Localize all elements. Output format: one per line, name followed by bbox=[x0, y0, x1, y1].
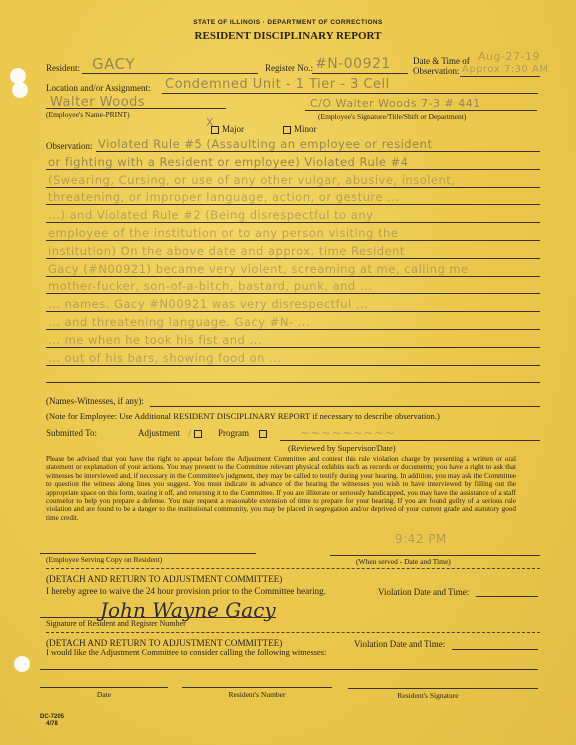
waiver-violation-label: Violation Date and Time: bbox=[378, 587, 469, 597]
employee-serving-caption: (Employee Serving Copy on Resident) bbox=[46, 555, 162, 564]
check-mark-icon: / bbox=[188, 429, 191, 438]
witnesses-label: (Names-Witnesses, if any): bbox=[46, 396, 144, 406]
when-served-caption: (When served - Date and Time) bbox=[356, 557, 451, 566]
observation-rule bbox=[46, 382, 540, 383]
observation-line[interactable]: Gacy (#N00921) became very violent, scre… bbox=[48, 262, 469, 276]
witness-heading: (DETACH AND RETURN TO ADJUSTMENT COMMITT… bbox=[46, 638, 282, 648]
observation-rule bbox=[46, 204, 540, 205]
col-date: Date bbox=[40, 690, 168, 699]
register-no-field[interactable]: #N-00921 bbox=[315, 56, 391, 72]
register-label: Register No.: bbox=[265, 63, 313, 73]
waiver-text: I hereby agree to waive the 24 hour prov… bbox=[46, 586, 326, 596]
submitted-to-label: Submitted To: bbox=[46, 428, 97, 438]
program-option[interactable]: Program bbox=[218, 428, 270, 438]
form-number-code: DC-7205 bbox=[40, 714, 64, 721]
major-option[interactable]: X Major bbox=[208, 124, 244, 134]
observation-line[interactable]: threatening, or improper language, actio… bbox=[48, 190, 400, 204]
observation-rule bbox=[46, 187, 540, 188]
minor-option[interactable]: Minor bbox=[280, 124, 317, 134]
observation-rule bbox=[46, 293, 540, 294]
observation-rule bbox=[46, 329, 540, 330]
minor-label: Minor bbox=[294, 124, 317, 134]
supervisor-signature: ~~~~~~~~~ bbox=[300, 426, 395, 440]
observation-line[interactable]: employee of the institution or to any pe… bbox=[48, 226, 398, 240]
observation-rule bbox=[46, 276, 540, 277]
observation-rule bbox=[46, 311, 540, 312]
location-label: Location and/or Assignment: bbox=[46, 83, 150, 93]
observation-line[interactable]: ... and threatening language. Gacy #N- .… bbox=[48, 315, 310, 329]
employee-note: (Note for Employee: Use Additional RESID… bbox=[46, 411, 440, 421]
observation-rule bbox=[46, 258, 540, 259]
observation-label: Observation: bbox=[46, 141, 93, 151]
observation-line[interactable]: ...) and Violated Rule #2 (Being disresp… bbox=[48, 208, 373, 222]
col-resident-signature: Resident's Signature bbox=[348, 691, 508, 700]
observation-line[interactable]: mother-fucker, son-of-a-bitch, bastard, … bbox=[48, 279, 372, 293]
employee-signature-caption: (Employee's Signature/Title/Shift or Dep… bbox=[318, 112, 466, 121]
tear-line bbox=[46, 568, 540, 569]
resident-field[interactable]: GACY bbox=[92, 55, 135, 73]
observation-rule bbox=[46, 222, 540, 223]
form-number: DC-7205 4/78 bbox=[40, 714, 64, 728]
form-revision: 4/78 bbox=[40, 721, 64, 728]
time-observation-field[interactable]: Approx 7:30 AM bbox=[462, 64, 548, 75]
program-checkbox[interactable] bbox=[259, 430, 267, 438]
observation-line[interactable]: Violated Rule #5 (Assaulting an employee… bbox=[98, 137, 432, 151]
observation-rule bbox=[46, 240, 540, 241]
observation-rule bbox=[46, 365, 540, 366]
adjustment-checkbox[interactable] bbox=[194, 430, 202, 438]
major-label: Major bbox=[222, 124, 244, 134]
adjustment-option[interactable]: Adjustment / bbox=[138, 428, 205, 438]
check-mark-icon: X bbox=[206, 116, 214, 129]
observation-line[interactable]: ... me when he took his fist and ... bbox=[48, 333, 262, 347]
observation-line[interactable]: ... names. Gacy #N00921 was very disresp… bbox=[48, 297, 368, 311]
minor-checkbox[interactable] bbox=[283, 126, 291, 134]
observation-line[interactable]: or fighting with a Resident or employee)… bbox=[48, 155, 409, 169]
disciplinary-report-page: STATE OF ILLINOIS · DEPARTMENT OF CORREC… bbox=[0, 0, 576, 745]
observation-rule bbox=[96, 151, 540, 152]
employee-name-caption: (Employee's Name-PRINT) bbox=[46, 110, 130, 119]
witness-text: I would like the Adjustment Committee to… bbox=[46, 648, 326, 657]
binder-hole bbox=[12, 82, 28, 98]
location-field[interactable]: Condemned Unit - 1 Tier - 3 Cell bbox=[165, 77, 390, 92]
rights-notice: Please be advised that you have the righ… bbox=[46, 455, 516, 522]
tear-line bbox=[46, 632, 540, 633]
witness-violation-label: Violation Date and Time: bbox=[354, 639, 445, 649]
col-resident-number: Resident's Number bbox=[182, 690, 332, 699]
agency-header: STATE OF ILLINOIS · DEPARTMENT OF CORREC… bbox=[0, 19, 576, 26]
date-observation-field[interactable]: Aug-27-19 bbox=[478, 50, 540, 63]
page-title: RESIDENT DISCIPLINARY REPORT bbox=[0, 30, 576, 42]
employee-signature-field[interactable]: C/O Walter Woods 7-3 # 441 bbox=[310, 97, 481, 110]
observation-line[interactable]: institution) On the above date and appro… bbox=[48, 244, 405, 258]
resident-label: Resident: bbox=[46, 63, 80, 73]
binder-hole bbox=[14, 656, 30, 672]
served-time-field[interactable]: 9:42 PM bbox=[395, 532, 447, 546]
signature-caption: Signature of Resident and Register Numbe… bbox=[46, 619, 186, 628]
observation-line[interactable]: ... out of his bars, showing food on ... bbox=[48, 351, 282, 365]
program-label: Program bbox=[218, 428, 249, 438]
observation-line[interactable]: (Swearing, Cursing, or use of any other … bbox=[48, 173, 455, 187]
observation-rule bbox=[46, 347, 540, 348]
waiver-heading: (DETACH AND RETURN TO ADJUSTMENT COMMITT… bbox=[46, 574, 282, 584]
reviewed-by-caption: (Reviewed by Supervisor/Date) bbox=[288, 443, 396, 453]
observation-rule bbox=[46, 169, 540, 170]
date-time-label-2: Observation: bbox=[413, 66, 460, 76]
adjustment-label: Adjustment bbox=[138, 428, 180, 438]
